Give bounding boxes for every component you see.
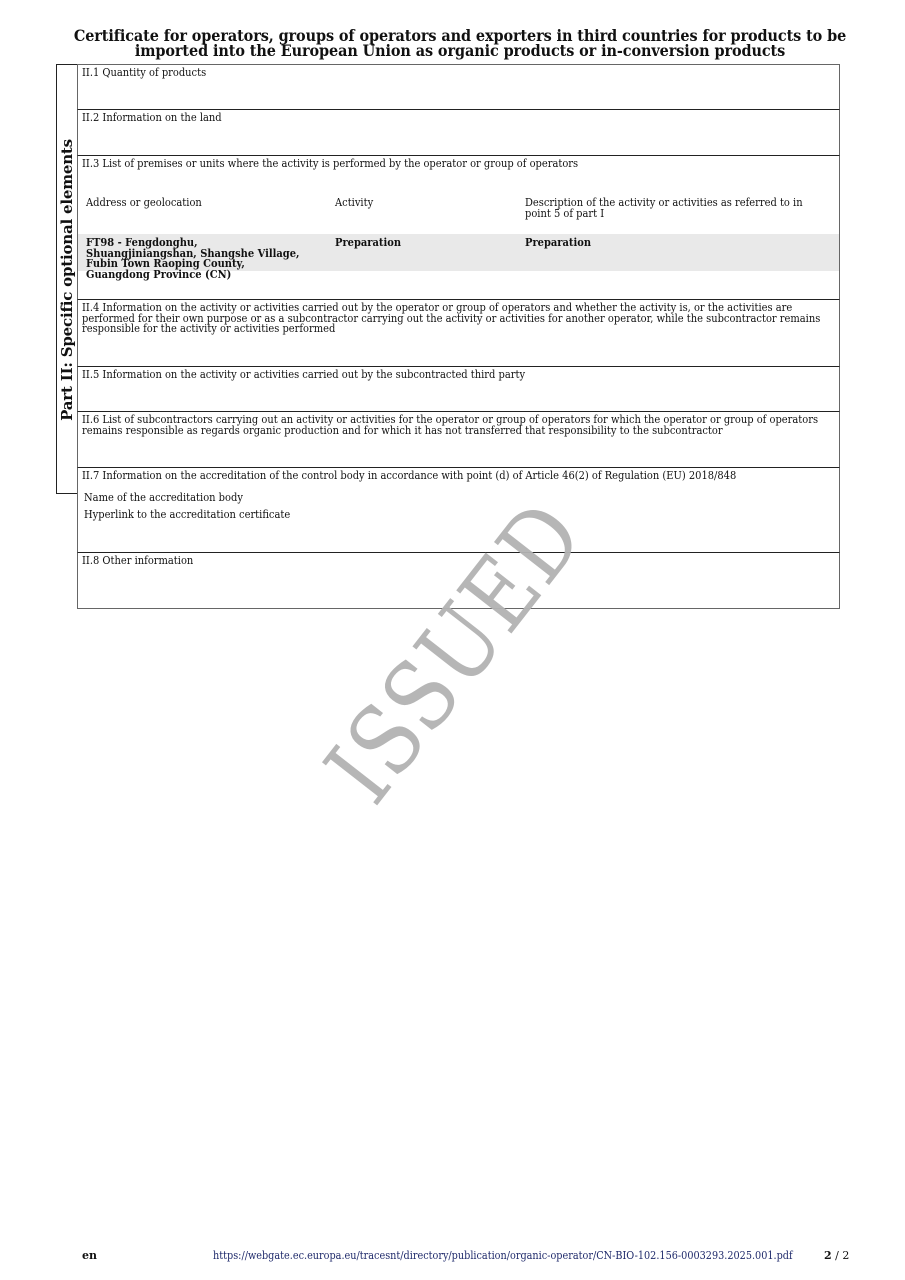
- accreditation-hyperlink-label: Hyperlink to the accreditation certifica…: [84, 508, 290, 521]
- section-accreditation: II.7 Information on the accreditation of…: [77, 467, 840, 553]
- page-separator: /: [832, 1249, 843, 1262]
- section-list-of-subcontractors: II.6 List of subcontractors carrying out…: [77, 411, 840, 468]
- section-label: II.1 Quantity of products: [82, 68, 842, 79]
- table-row: FT98 - Fengdonghu, Shuangjiniangshan, Sh…: [78, 234, 839, 271]
- section-quantity-of-products: II.1 Quantity of products: [77, 64, 840, 110]
- document-title: Certificate for operators, groups of ope…: [69, 28, 850, 58]
- section-other-information: II.8 Other information: [77, 552, 840, 609]
- section-subcontracted-activity: II.5 Information on the activity or acti…: [77, 366, 840, 412]
- section-information-on-land: II.2 Information on the land: [77, 109, 840, 155]
- section-label: II.6 List of subcontractors carrying out…: [82, 415, 842, 436]
- page-total: 2: [842, 1249, 849, 1262]
- column-header-address: Address or geolocation: [86, 198, 202, 209]
- cell-description: Preparation: [525, 238, 591, 249]
- part-label: Part II: Specific optional elements: [58, 139, 76, 421]
- language-code: en: [82, 1249, 97, 1262]
- section-activity-information: II.4 Information on the activity or acti…: [77, 299, 840, 367]
- section-label: II.2 Information on the land: [82, 113, 842, 124]
- page-number: 2 / 2: [824, 1249, 849, 1262]
- cell-address: FT98 - Fengdonghu, Shuangjiniangshan, Sh…: [86, 238, 311, 280]
- column-header-activity: Activity: [335, 198, 373, 209]
- page-current: 2: [824, 1249, 832, 1262]
- section-label: II.3 List of premises or units where the…: [82, 159, 842, 170]
- publication-url-link[interactable]: https://webgate.ec.europa.eu/tracesnt/di…: [213, 1249, 793, 1262]
- accreditation-body-name-label: Name of the accreditation body: [84, 491, 243, 504]
- section-list-of-premises: II.3 List of premises or units where the…: [77, 155, 840, 300]
- column-header-description: Description of the activity or activitie…: [525, 198, 831, 219]
- section-label: II.7 Information on the accreditation of…: [82, 471, 842, 482]
- section-label: II.5 Information on the activity or acti…: [82, 370, 842, 381]
- section-label: II.4 Information on the activity or acti…: [82, 303, 842, 335]
- cell-activity: Preparation: [335, 238, 401, 249]
- section-label: II.8 Other information: [82, 556, 842, 567]
- title-line-2: imported into the European Union as orga…: [69, 43, 850, 58]
